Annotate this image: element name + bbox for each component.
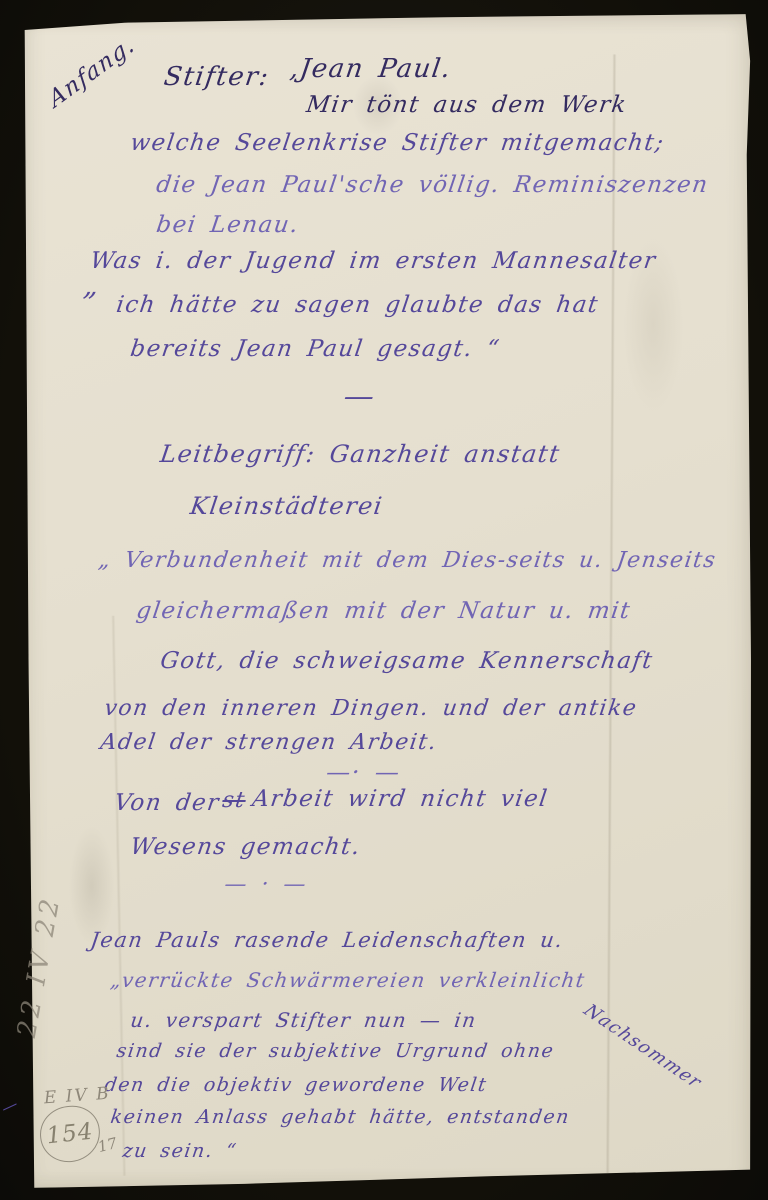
archive-signature: E IV B [43,1086,111,1108]
handwritten-line: gleichermaßen mit der Natur u. mit [135,600,633,623]
handwritten-line: — [0,1095,21,1118]
handwritten-line: — [342,382,378,412]
handwritten-line: den die objektiv gewordene Welt [103,1076,488,1095]
handwritten-line: Jean Pauls rasende Leidenschaften u. [89,930,565,951]
handwritten-line: „verrückte Schwärmereien verkleinlicht [109,970,587,990]
handwritten-line: bei Lenau. [155,214,301,237]
scan-background: Anfang.Stifter:‚Jean Paul.Mir tönt aus d… [0,0,768,1200]
handwritten-line: Kleinstädterei [189,494,385,518]
handwritten-line: Arbeit wird nicht viel [251,788,550,811]
secondary-page-number: 17 [96,1136,118,1155]
handwritten-line: zu sein. “ [121,1142,238,1161]
handwritten-line: die Jean Paul'sche völlig. Reminiszenzen [155,174,710,197]
handwritten-line: Von der [113,792,222,815]
handwritten-line: Stifter: [162,64,271,90]
handwritten-line: Wesens gemacht. [129,836,363,859]
handwritten-line: „ Verbundenheit mit dem Dies-seits u. Je… [97,550,718,572]
handwritten-line: Leitbegriff: Ganzheit anstatt [159,442,562,466]
handwritten-line: st [221,790,247,812]
handwritten-line: Gott, die schweigsame Kennerschaft [159,650,655,673]
handwritten-line: welche Seelenkrise Stifter mitgemacht; [129,132,666,155]
handwritten-line: — · — [223,874,309,896]
handwritten-line: Adel der strengen Arbeit. [99,732,439,754]
handwritten-line: keinen Anlass gehabt hätte, entstanden [109,1108,571,1127]
handwritten-line: Was i. der Jugend im ersten Mannesalter [89,250,658,273]
handwritten-line: von den inneren Dingen. und der antike [103,698,639,720]
page-number: 154 [45,1119,94,1150]
handwritten-line: ‚Jean Paul. [288,56,453,82]
handwritten-line: u. verspart Stifter nun — in [129,1010,478,1030]
handwritten-line: bereits Jean Paul gesagt. “ [129,338,502,361]
handwritten-line: ich hätte zu sagen glaubte das hat [115,294,601,317]
handwritten-line: Mir tönt aus dem Werk [305,94,629,117]
handwritten-line: sind sie der subjektive Urgrund ohne [115,1042,555,1061]
handwritten-line: —· — [325,760,403,784]
